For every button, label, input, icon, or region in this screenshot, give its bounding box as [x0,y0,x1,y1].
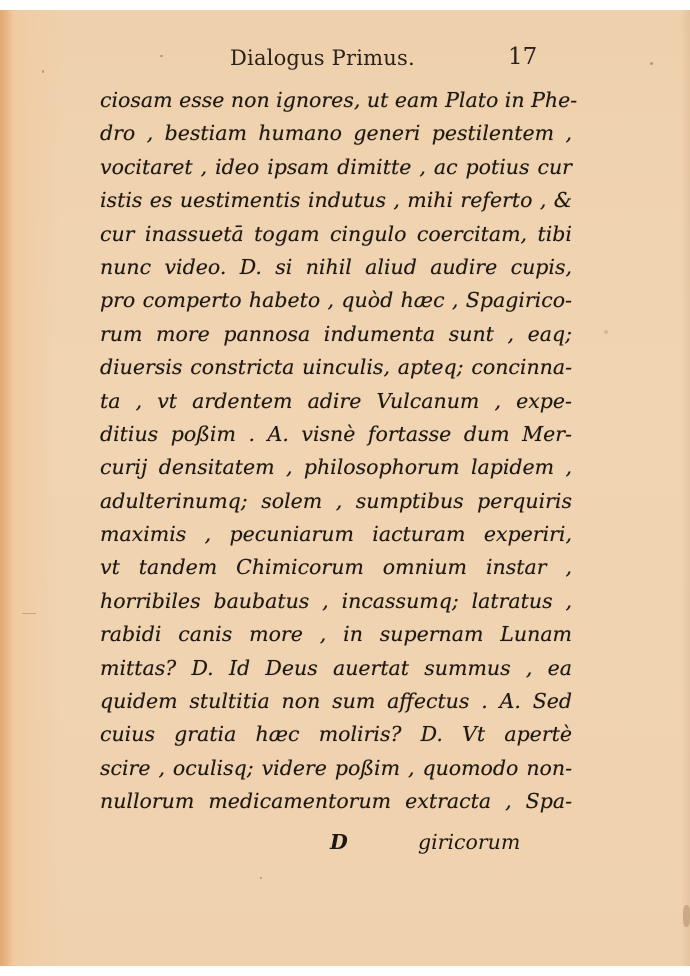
text-line: ditius poßim . A. visnè fortasse dum Mer… [100,418,572,451]
paper-mark [22,613,36,614]
paper-speck [42,70,44,73]
paper-speck [650,62,653,65]
text-line: cuius gratia hæc moliris? D. Vt apertè [100,718,572,751]
text-line: quidem stultitia non sum affectus . A. S… [100,685,572,718]
text-line: adulterinumq; solem , sumptibus perquiri… [100,485,572,518]
text-line: cur inassuetā togam cingulo coercitam, t… [100,218,572,251]
running-title: Dialogus Primus. [230,46,415,70]
signature-mark: D [330,830,348,854]
text-line: rabidi canis more , in supernam Lunam [100,618,572,651]
page-number: 17 [508,44,537,70]
text-line: ciosam esse non ignores, ut eam Plato in… [100,84,572,117]
text-line: scire , oculisq; videre poßim , quomodo … [100,752,572,785]
text-line: ta , vt ardentem adire Vulcanum , expe- [100,385,572,418]
text-line: rum more pannosa indumenta sunt , eaq; [100,318,572,351]
body-text: ciosam esse non ignores, ut eam Plato in… [100,84,572,819]
text-line: dro , bestiam humano generi pestilentem … [100,117,572,150]
text-line: pro comperto habeto , quòd hæc , Spagiri… [100,284,572,317]
paper-speck [604,330,608,334]
book-page: Dialogus Primus. 17 ciosam esse non igno… [0,10,690,966]
text-line: vt tandem Chimicorum omnium instar , [100,551,572,584]
text-line: curij densitatem , philosophorum lapidem… [100,451,572,484]
text-line: vocitaret , ideo ipsam dimitte , ac poti… [100,151,572,184]
text-line: nunc video. D. si nihil aliud audire cup… [100,251,572,284]
text-line: nullorum medicamentorum extracta , Spa- [100,785,572,818]
catchword: giricorum [418,830,520,854]
text-line: horribiles baubatus , incassumq; latratu… [100,585,572,618]
paper-speck [260,877,262,879]
text-line: istis es uestimentis indutus , mihi refe… [100,184,572,217]
paper-speck [160,55,163,57]
text-line: mittas? D. Id Deus auertat summus , ea [100,652,572,685]
paper-mark [683,905,690,927]
text-line: diuersis constricta uinculis, apteq; con… [100,351,572,384]
page-footer: D giricorum [100,830,572,864]
text-line: maximis , pecuniarum iacturam experiri, [100,518,572,551]
running-head: Dialogus Primus. 17 [230,40,570,80]
